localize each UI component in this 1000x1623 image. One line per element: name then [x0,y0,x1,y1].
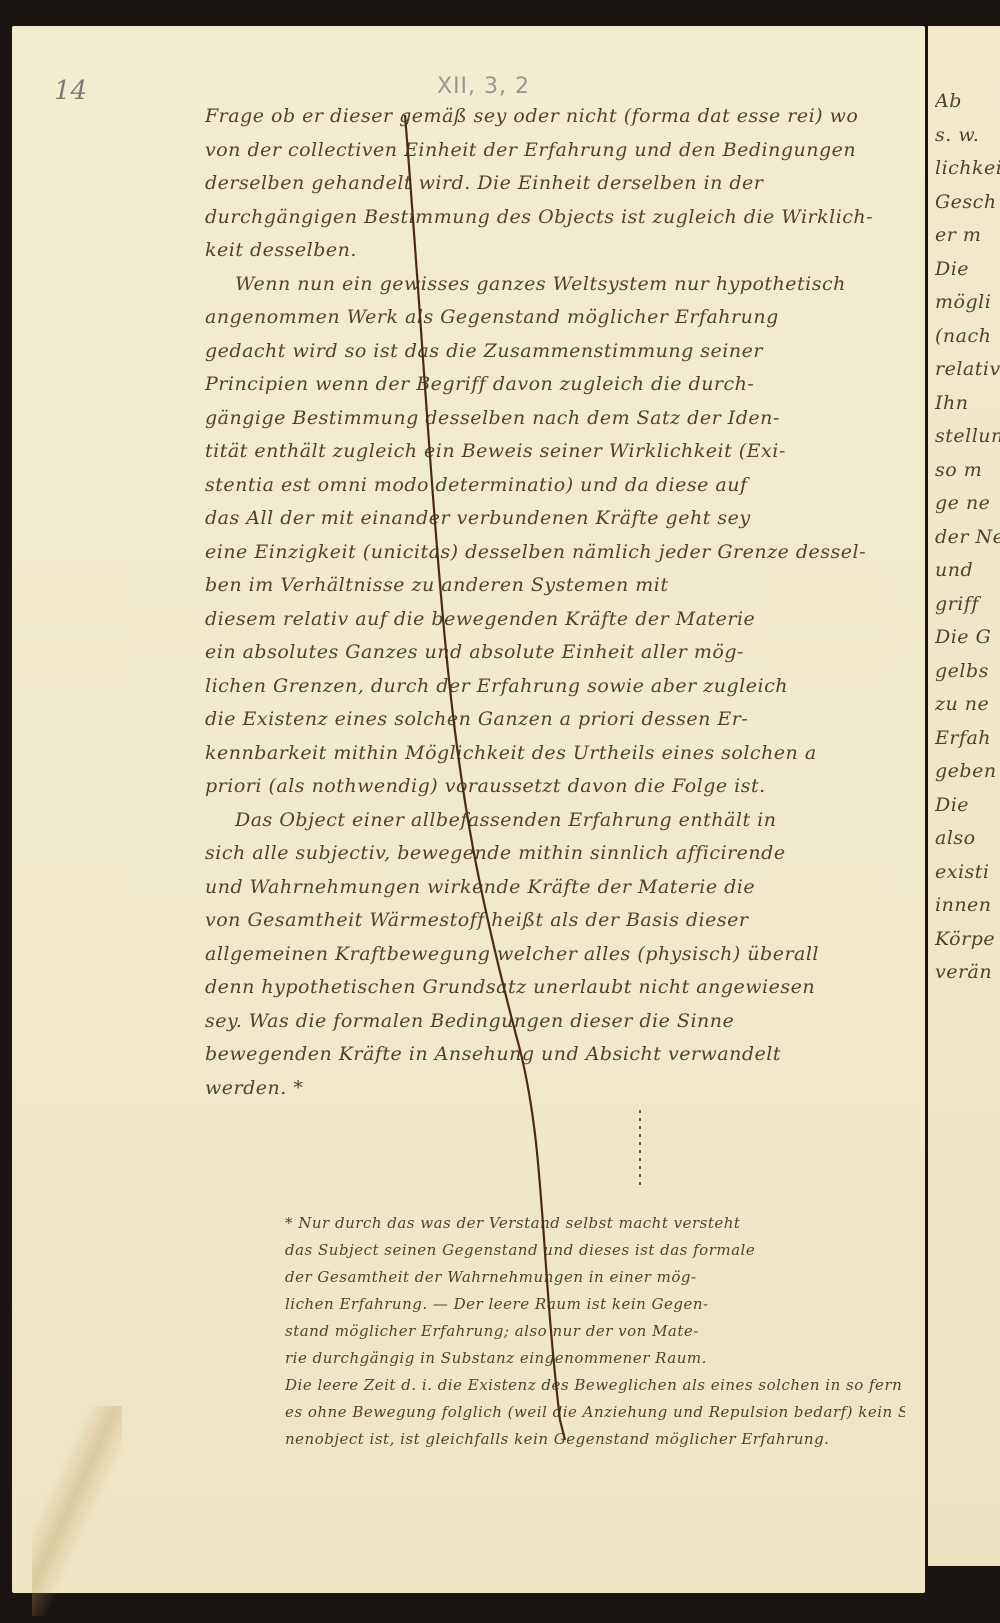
strike-through-line [0,0,1000,1623]
